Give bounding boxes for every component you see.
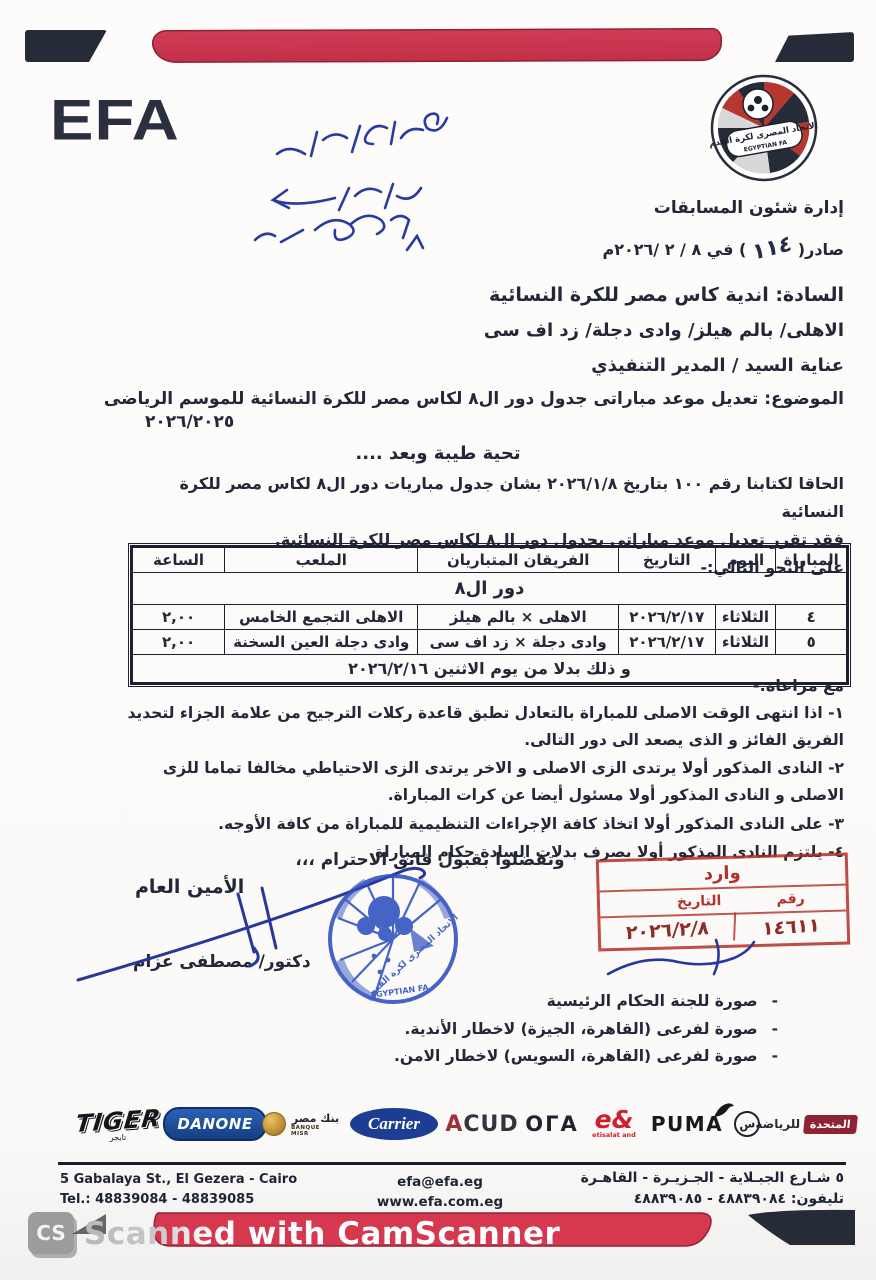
clubs-line: الاهلى/ بالم هيلز/ وادى دجلة/ زد اف سى [484, 320, 844, 341]
round-title: دور ال٨ [132, 573, 848, 605]
received-date-label: التاريخ [600, 889, 736, 917]
col-header-day: اليوم [715, 547, 776, 573]
efa-wordmark: EFA [50, 88, 180, 153]
col-header-date: التاريخ [618, 547, 715, 573]
match-number: ٤ [776, 605, 848, 630]
camscanner-watermark-text: Scanned with CamScanner [84, 1216, 560, 1252]
match-venue: وادى دجلة العين السخنة [225, 630, 418, 655]
note-item: ٣- على النادى المذكور أولا اتخاذ كافة ال… [122, 811, 844, 838]
issued-suffix: ) في ٨ / ٢ /٢٠٢٦م [602, 240, 746, 259]
cc-item-text: صورة لفرعى (القاهرة، الجيزة) لاخطار الأن… [405, 1016, 758, 1044]
tiger-logo-text: TIGER [74, 1104, 163, 1138]
table-row: ٥ الثلاثاء ٢٠٢٦/٢/١٧ وادى دجلة × زد اف س… [132, 630, 848, 655]
department-title: إدارة شئون المسابقات [654, 198, 844, 218]
united-sports-logo: المتحدة للرياضة [764, 1098, 848, 1150]
issued-line: صادر( ١١٤ ) في ٨ / ٢ /٢٠٢٦م [602, 236, 844, 261]
received-stamp-values: ١٤٦١١ ٢٠٢٦/٢/٨ [600, 912, 847, 947]
match-date: ٢٠٢٦/٢/١٧ [618, 630, 715, 655]
handwritten-annotation-ink [195, 92, 465, 262]
col-header-teams: الفريقان المتباريان [418, 547, 618, 573]
etisalat-logo-subtext: etisalat and [592, 1131, 636, 1139]
acud-logo: ACUD [446, 1098, 518, 1150]
footer-address-en: 5 Gabalaya St., El Gezera - Cairo Tel.: … [60, 1170, 297, 1209]
footer-address-ar: ٥ شـارع الجبـلاية - الجـزيـرة - القاهـرة… [581, 1168, 844, 1210]
efa-logo: الاتحاد المصرى لكرة القدم EGYPTIAN FA [708, 72, 820, 184]
match-date: ٢٠٢٦/٢/١٧ [618, 605, 715, 630]
table-footnote: و ذلك بدلا من يوم الاثنين ٢٠٢٦/٢/١٦ [132, 655, 848, 684]
match-teams: وادى دجلة × زد اف سى [418, 630, 618, 655]
closing-line: وتفضلوا بقبول فائق الاحترام ،،، [195, 850, 665, 870]
letterhead-corner-left-shape [25, 30, 107, 62]
cc-item: - صورة لفرعى (القاهرة، السويس) لاخطار ال… [378, 1043, 778, 1071]
cc-item: - صورة لفرعى (القاهرة، الجيزة) لاخطار ال… [378, 1016, 778, 1044]
footer-divider [58, 1162, 846, 1165]
tiger-logo: TIGER تايجر [68, 1098, 168, 1150]
danone-logo: DANONE [170, 1098, 260, 1150]
letterhead-corner-right-shape [770, 32, 854, 62]
puma-logo: PUMA [644, 1098, 730, 1150]
match-time: ٢,٠٠ [132, 605, 225, 630]
notes-list: ١- اذا انتهى الوقت الاصلى للمباراة بالتع… [122, 700, 844, 868]
table-row: ٤ الثلاثاء ٢٠٢٦/٢/١٧ الاهلى × بالم هيلز … [132, 605, 848, 630]
cc-bullet: - [772, 1043, 778, 1071]
received-date-value: ٢٠٢٦/٢/٨ [600, 912, 736, 949]
col-header-match: المباراة [776, 547, 848, 573]
note-item: ٢- النادى المذكور أولا يرتدى الزى الاصلى… [122, 755, 844, 808]
united-sports-box-text: المتحدة [803, 1115, 858, 1134]
note-item: ١- اذا انتهى الوقت الاصلى للمباراة بالتع… [122, 700, 844, 753]
danone-logo-text: DANONE [163, 1107, 266, 1141]
ora-logo-text: OΓA [525, 1112, 579, 1136]
acud-logo-rest: CUD [463, 1112, 518, 1137]
match-day: الثلاثاء [715, 605, 776, 630]
match-teams: الاهلى × بالم هيلز [418, 605, 618, 630]
received-stamp: وارد رقم التاريخ ١٤٦١١ ٢٠٢٦/٢/٨ [596, 852, 850, 951]
signatory-name: دكتور/ مصطفى عزام [133, 952, 311, 972]
cc-item-text: صورة لفرعى (القاهرة، السويس) لاخطار الام… [394, 1043, 758, 1071]
received-number-label: رقم [735, 886, 846, 913]
cc-item: - صورة للجنة الحكام الرئيسية [378, 988, 778, 1016]
acud-logo-initial: A [445, 1112, 463, 1137]
ora-logo: OΓA [520, 1098, 584, 1150]
banque-misr-logo: بنك مصر BANQUE MISR [262, 1098, 340, 1150]
banque-misr-emblem-icon [262, 1112, 286, 1136]
match-time: ٢,٠٠ [132, 630, 225, 655]
match-schedule-table: المباراة اليوم التاريخ الفريقان المتباري… [130, 545, 849, 685]
body-line-1: الحاقا لكتابنا رقم ١٠٠ بتاريخ ٢٠٢٦/١/٨ ب… [128, 470, 844, 526]
cc-list: - صورة للجنة الحكام الرئيسية - صورة لفرع… [378, 988, 778, 1071]
match-venue: الاهلى التجمع الخامس [225, 605, 418, 630]
signatory-title: الأمين العام [135, 876, 244, 898]
footer-street-en: 5 Gabalaya St., El Gezera - Cairo [60, 1170, 297, 1190]
scanned-letter-page: EFA الاتحاد المصرى لكرة القدم [0, 0, 876, 1280]
season-line: ٢٠٢٦/٢٠٢٥ [145, 412, 234, 432]
match-number: ٥ [776, 630, 848, 655]
sponsors-strip: TIGER تايجر DANONE بنك مصر BANQUE MISR C… [58, 1098, 848, 1150]
issued-prefix: صادر( [798, 240, 844, 259]
letterhead-red-ribbon [152, 28, 722, 63]
round-title-row: دور ال٨ [132, 573, 848, 605]
col-header-time: الساعة [132, 547, 225, 573]
camscanner-badge-text: CS [36, 1221, 65, 1245]
bottom-black-corner [748, 1210, 855, 1245]
cc-bullet: - [772, 988, 778, 1016]
carrier-logo-text: Carrier [350, 1108, 438, 1140]
table-footnote-row: و ذلك بدلا من يوم الاثنين ٢٠٢٦/٢/١٦ [132, 655, 848, 684]
etisalat-logo: e& etisalat and [586, 1098, 642, 1150]
table-header-row: المباراة اليوم التاريخ الفريقان المتباري… [132, 547, 848, 573]
greeting-line: تحية طيبة وبعد .... [0, 443, 876, 464]
footer-email: efa@efa.eg [330, 1172, 550, 1192]
col-header-venue: الملعب [225, 547, 418, 573]
received-number-value: ١٤٦١١ [736, 910, 848, 945]
camscanner-badge: CS [28, 1212, 74, 1254]
united-sports-rest-text: للرياضة [755, 1117, 800, 1131]
notes-title: مع مراعاة:- [753, 676, 844, 695]
footer-street-ar: ٥ شـارع الجبـلاية - الجـزيـرة - القاهـرة [581, 1168, 844, 1189]
issued-number-handwritten: ١١٤ [751, 231, 793, 266]
subject-line: الموضوع: تعديل موعد مباراتى جدول دور ال٨… [104, 389, 844, 409]
recipients-line: السادة: اندية كاس مصر للكرة النسائية [489, 284, 844, 306]
cc-bullet: - [772, 1016, 778, 1044]
banque-misr-arabic: بنك مصر [292, 1112, 339, 1125]
banque-misr-english: BANQUE MISR [291, 1125, 340, 1137]
etisalat-logo-text: e& [595, 1109, 634, 1132]
match-day: الثلاثاء [715, 630, 776, 655]
cc-item-text: صورة للجنة الحكام الرئيسية [547, 988, 758, 1016]
carrier-logo: Carrier [346, 1098, 442, 1150]
attention-line: عناية السيد / المدير التنفيذي [591, 355, 844, 376]
